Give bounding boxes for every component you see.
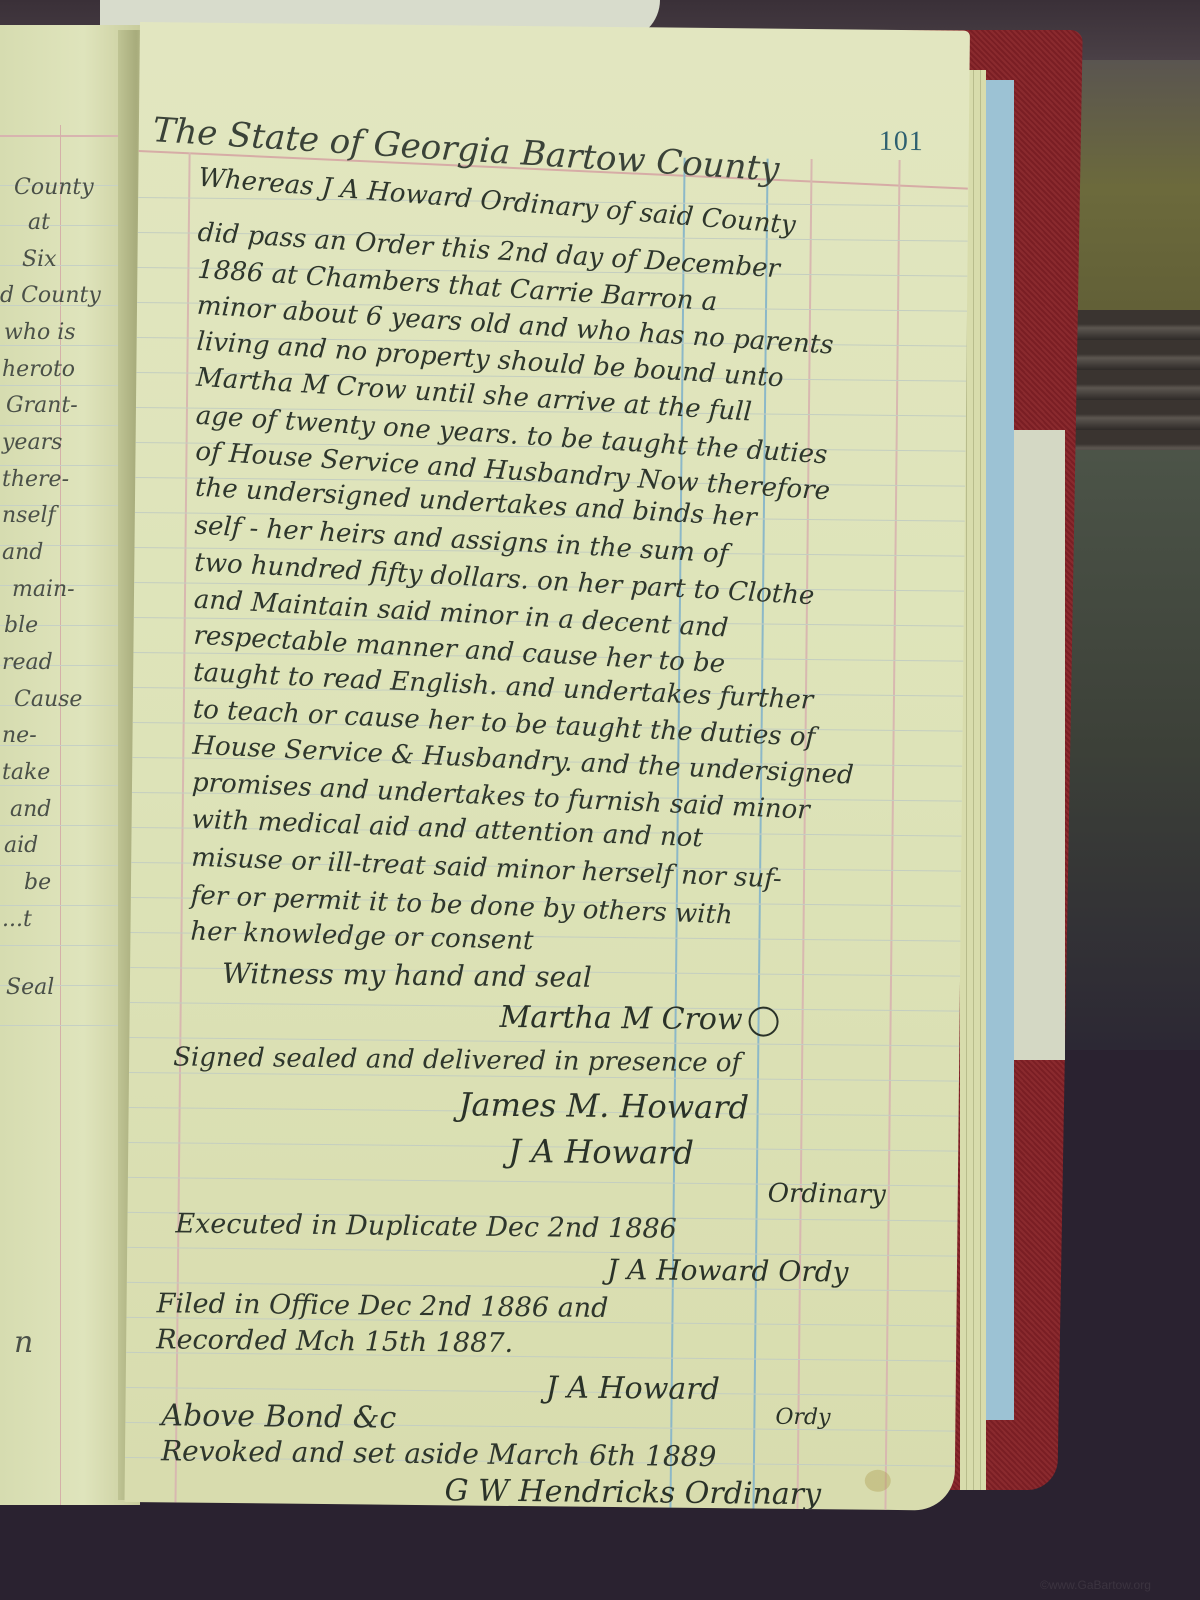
body-line: her knowledge or consent [190, 917, 534, 957]
revocation-line-1: Above Bond &c [161, 1398, 396, 1435]
left-page-text: read [2, 650, 53, 675]
ordinary-title: Ordinary [768, 1179, 886, 1210]
filed-line: Filed in Office Dec 2nd 1886 and [156, 1288, 608, 1324]
left-page-text: who is [4, 320, 76, 345]
left-page-text: main- [12, 577, 75, 602]
recorded-title: Ordy [775, 1405, 830, 1431]
left-page-text: ...t [2, 907, 32, 932]
left-page-text: ble [4, 613, 38, 638]
left-page-text: ne- [2, 723, 37, 748]
left-page-text: d County [0, 283, 101, 308]
signature-martha-crow: Martha M Crow [499, 1000, 778, 1038]
paper-stain [865, 1470, 891, 1492]
left-page-text: at [28, 210, 50, 235]
left-page-text: n [14, 1325, 33, 1360]
left-page-text: Six [22, 247, 57, 272]
executed-line: Executed in Duplicate Dec 2nd 1886 [175, 1208, 677, 1244]
ruled-line [126, 1387, 956, 1397]
attestation-line: Signed sealed and delivered in presence … [173, 1042, 741, 1078]
left-page-text: heroto [2, 357, 75, 382]
left-page-text: Grant- [6, 393, 78, 418]
witness-line: Witness my hand and seal [222, 957, 592, 994]
left-page-seal: Seal [6, 975, 54, 1000]
recorded-line: Recorded Mch 15th 1887. [156, 1324, 513, 1359]
left-page-text: be [24, 870, 51, 895]
signature-james-howard: James M. Howard [458, 1085, 749, 1126]
left-page-text: Cause [14, 687, 82, 712]
ledger-page: 101 The State of Georgia Bartow County W… [125, 22, 970, 1511]
copyright-watermark: ©www.GaBartow.org [1040, 1578, 1151, 1592]
page-number: 101 [879, 126, 924, 158]
left-page-text: years [2, 430, 62, 455]
signature-executed: J A Howard Ordy [607, 1253, 849, 1289]
signature-ja-howard: J A Howard [508, 1132, 694, 1172]
revocation-line-2: Revoked and set aside March 6th 1889 [161, 1434, 717, 1473]
left-page-text: nself [2, 503, 56, 528]
signature-hendricks: G W Hendricks Ordinary [444, 1473, 821, 1510]
left-page-text: aid [4, 833, 38, 858]
left-page-text: and [2, 540, 43, 565]
left-page-text: County [14, 175, 94, 200]
left-page-text: take [2, 760, 50, 785]
cover-cloth-strip [1010, 430, 1065, 1060]
left-page-text: there- [2, 467, 69, 492]
seal-icon [748, 1006, 778, 1036]
signature-text: Martha M Crow [499, 1000, 742, 1038]
left-page-text: and [10, 797, 51, 822]
signature-recorded: J A Howard [546, 1370, 720, 1407]
